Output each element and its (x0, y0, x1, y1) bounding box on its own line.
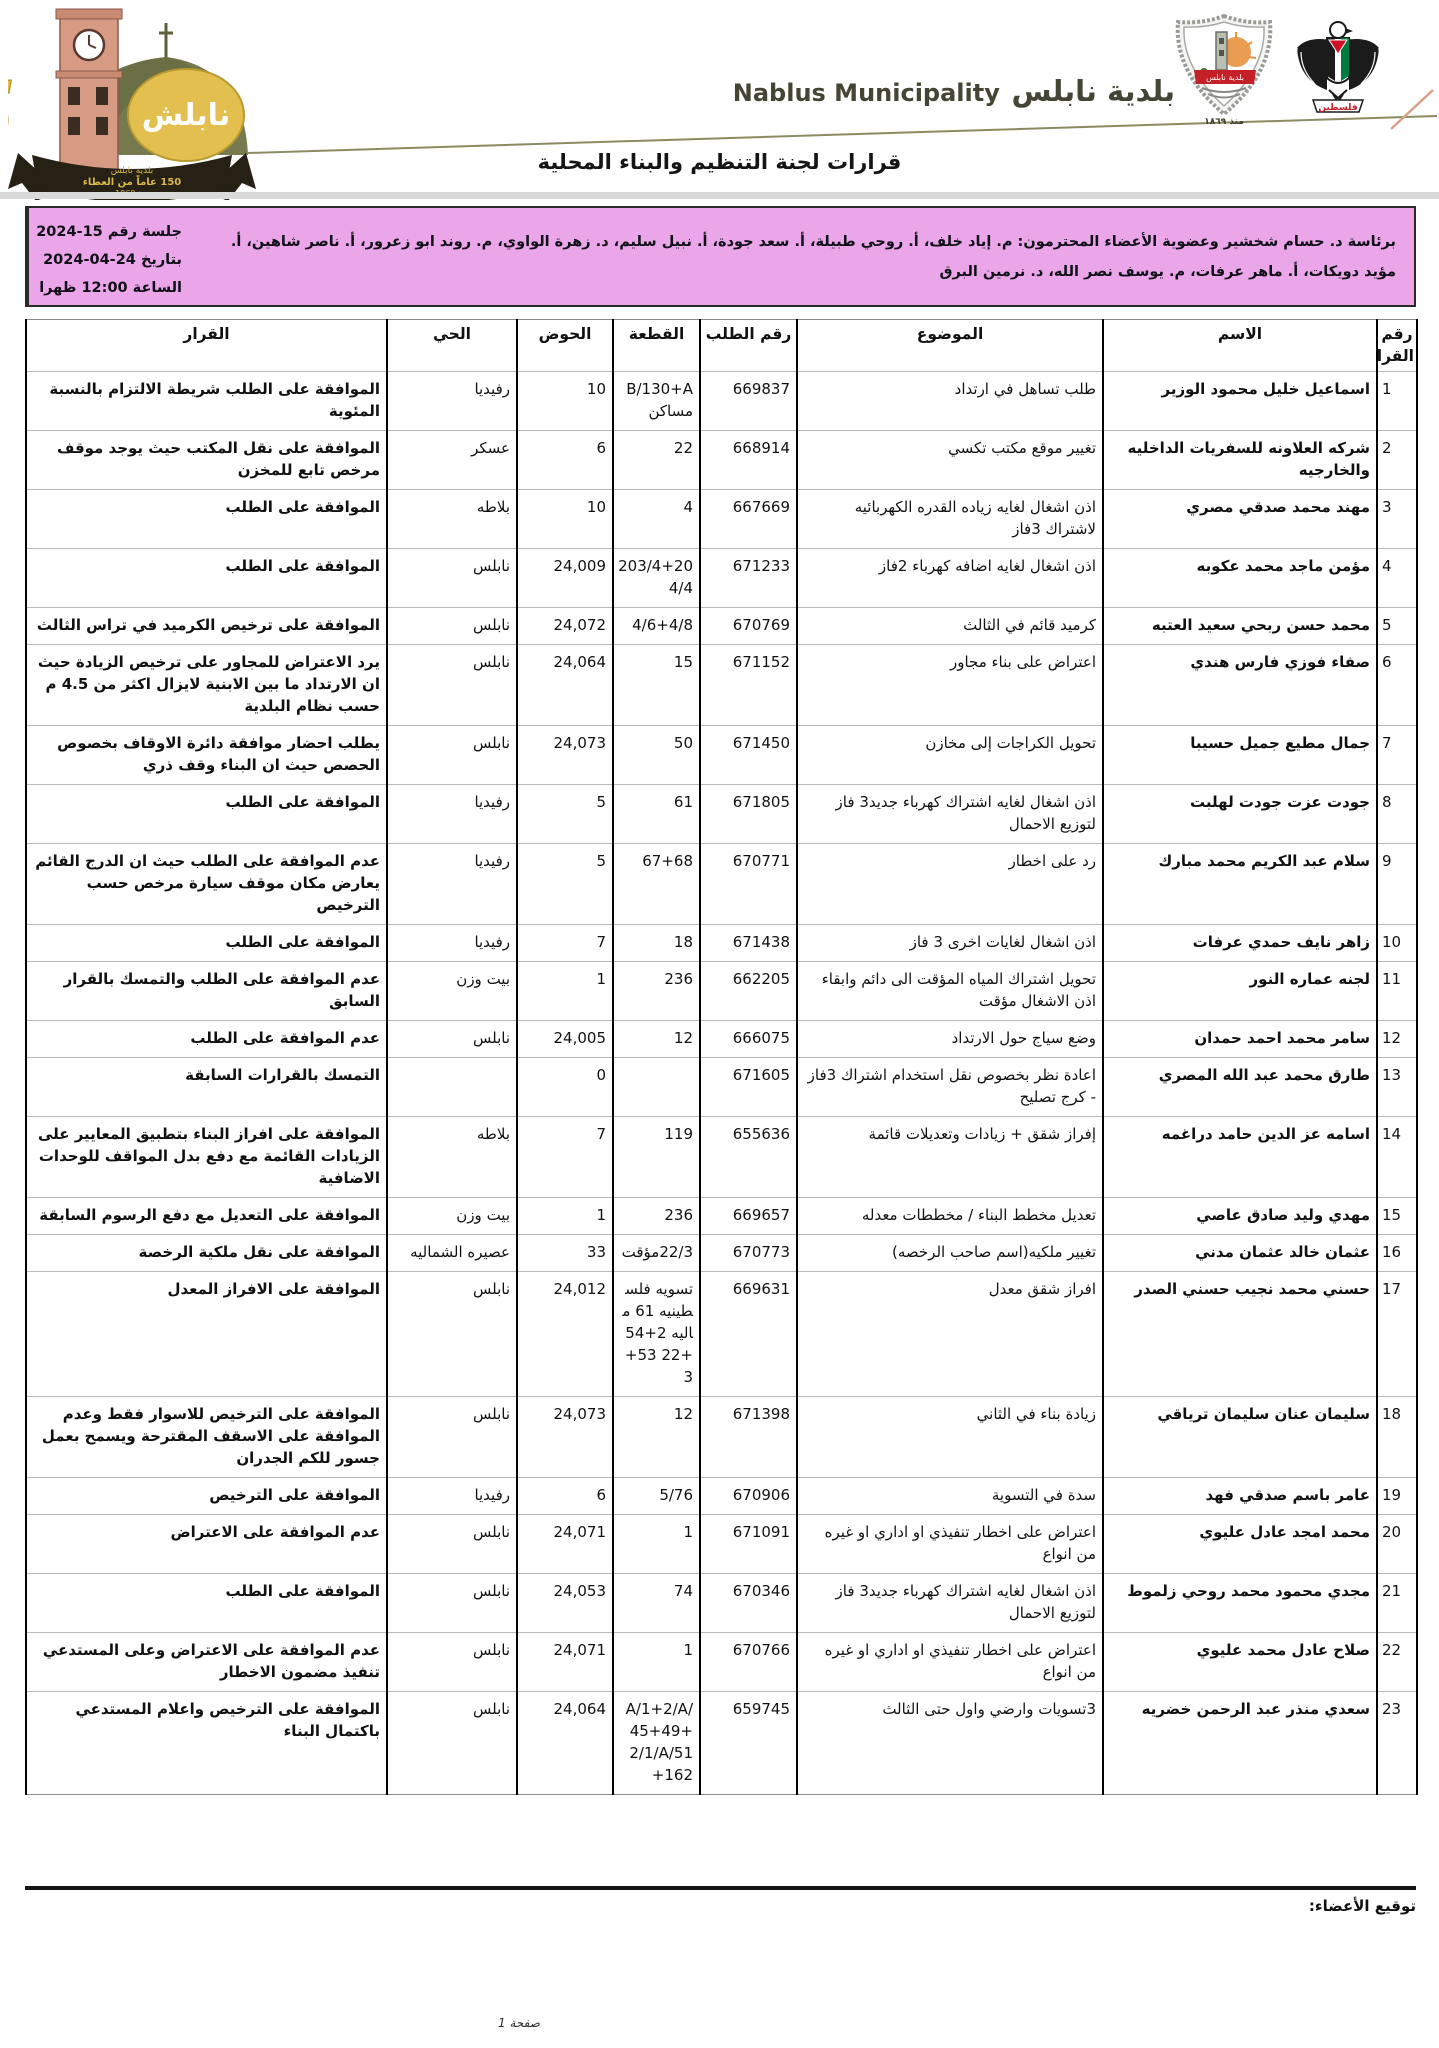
cell-basin: 33 (517, 1235, 613, 1272)
cell-basin: 7 (517, 1117, 613, 1198)
cell-request_no: 671398 (700, 1397, 797, 1478)
cell-basin: 24,072 (517, 608, 613, 645)
cell-subject: وضع سياج حول الارتداد (797, 1021, 1103, 1058)
table-row: 8جودت عزت جودت لهلبتاذن اشغال لغايه اشتر… (26, 785, 1417, 844)
cell-name: صفاء فوزي فارس هندي (1103, 645, 1377, 726)
cell-basin: 5 (517, 844, 613, 925)
cell-request_no: 670906 (700, 1478, 797, 1515)
cell-district: رفيديا (387, 785, 517, 844)
cell-name: مهند محمد صدقي مصري (1103, 490, 1377, 549)
cell-district: نابلس (387, 1397, 517, 1478)
table-row: 22صلاح عادل محمد عليوياعتراض على اخطار ت… (26, 1633, 1417, 1692)
cell-district: بيت وزن (387, 962, 517, 1021)
cell-name: اسامه عز الدين حامد دراغمه (1103, 1117, 1377, 1198)
cell-decision: عدم الموافقة على الطلب والتمسك بالقرار ا… (26, 962, 387, 1021)
cell-request_no: 670766 (700, 1633, 797, 1692)
cell-no: 18 (1377, 1397, 1417, 1478)
cell-plot: 5/76 (613, 1478, 700, 1515)
cell-district: رفيديا (387, 925, 517, 962)
cell-subject: اذن اشغال لغايه اشتراك كهرباء جديد3 فاز … (797, 1574, 1103, 1633)
cell-district: نابلس (387, 1633, 517, 1692)
document-page: 15 نابلش بلدية نابلس 150 عاماً من العطاء… (0, 0, 1439, 2048)
cell-no: 21 (1377, 1574, 1417, 1633)
table-row: 5محمد حسن ربحي سعيد العتبهكرميد قائم في … (26, 608, 1417, 645)
cell-decision: يطلب احضار موافقة دائرة الاوقاف بخصوص ال… (26, 726, 387, 785)
cell-decision: الموافقة على نقل المكتب حيث يوجد موقف مر… (26, 431, 387, 490)
cell-name: صلاح عادل محمد عليوي (1103, 1633, 1377, 1692)
cell-basin: 24,064 (517, 645, 613, 726)
cell-name: عامر باسم صدقي فهد (1103, 1478, 1377, 1515)
col-header-decision-no: رقم القرار (1377, 320, 1417, 372)
cell-subject: اذن اشغال لغايه اشتراك كهرباء جديد3 فاز … (797, 785, 1103, 844)
cell-no: 23 (1377, 1692, 1417, 1795)
cell-no: 7 (1377, 726, 1417, 785)
table-row: 18سليمان عنان سليمان ترياقيزيادة بناء في… (26, 1397, 1417, 1478)
cell-basin: 24,071 (517, 1515, 613, 1574)
page-title: قرارات لجنة التنظيم والبناء المحلية (0, 150, 1439, 174)
cell-name: حسني محمد نجيب حسني الصدر (1103, 1272, 1377, 1397)
cell-no: 14 (1377, 1117, 1417, 1198)
cell-district: عسكر (387, 431, 517, 490)
cell-basin: 24,073 (517, 1397, 613, 1478)
cell-name: سلام عبد الكريم محمد مبارك (1103, 844, 1377, 925)
cell-no: 10 (1377, 925, 1417, 962)
table-row: 23سعدي منذر عبد الرحمن خضريه3تسويات وارض… (26, 1692, 1417, 1795)
cell-request_no: 669631 (700, 1272, 797, 1397)
table-row: 11لجنه عماره النورتحويل اشتراك المياه ال… (26, 962, 1417, 1021)
cell-subject: طلب تساهل في ارتداد (797, 372, 1103, 431)
session-date: بتاريخ 24-04-2024 (33, 246, 182, 274)
cell-request_no: 671605 (700, 1058, 797, 1117)
session-number: جلسة رقم 15-2024 (33, 218, 182, 246)
cell-basin: 6 (517, 431, 613, 490)
cell-subject: اعادة نظر بخصوص نقل استخدام اشتراك 3فاز … (797, 1058, 1103, 1117)
table-row: 15مهدي وليد صادق عاصيتعديل مخطط البناء /… (26, 1198, 1417, 1235)
cell-district: نابلس (387, 1574, 517, 1633)
cell-request_no: 669657 (700, 1198, 797, 1235)
cell-plot: 61 (613, 785, 700, 844)
table-row: 1اسماعيل خليل محمود الوزيرطلب تساهل في ا… (26, 372, 1417, 431)
table-row: 2شركه العلاونه للسفريات الداخليه والخارج… (26, 431, 1417, 490)
cell-decision: يرد الاعتراض للمجاور على ترخيص الزيادة ح… (26, 645, 387, 726)
col-header-request-no: رقم الطلب (700, 320, 797, 372)
table-row: 19عامر باسم صدقي فهدسدة في التسوية670906… (26, 1478, 1417, 1515)
cell-request_no: 671233 (700, 549, 797, 608)
cell-decision: الموافقة على الطلب (26, 490, 387, 549)
cell-district: نابلس (387, 726, 517, 785)
cell-decision: الموافقة على الطلب (26, 785, 387, 844)
cell-district: رفيديا (387, 372, 517, 431)
cell-basin: 6 (517, 1478, 613, 1515)
cell-no: 12 (1377, 1021, 1417, 1058)
cell-subject: افراز شقق معدل (797, 1272, 1103, 1397)
cell-subject: تحويل اشتراك المياه المؤقت الى دائم وابق… (797, 962, 1103, 1021)
cell-no: 1 (1377, 372, 1417, 431)
table-row: 3مهند محمد صدقي مصرياذن اشغال لغايه زياد… (26, 490, 1417, 549)
cell-request_no: 655636 (700, 1117, 797, 1198)
cell-request_no: 671450 (700, 726, 797, 785)
cell-plot: 1 (613, 1515, 700, 1574)
municipality-brand: بلدية نابلس Nablus Municipality (733, 74, 1175, 108)
cell-basin: 24,053 (517, 1574, 613, 1633)
cell-subject: سدة في التسوية (797, 1478, 1103, 1515)
col-header-decision: القرار (26, 320, 387, 372)
cell-plot: 1 (613, 1633, 700, 1692)
cell-basin: 10 (517, 372, 613, 431)
table-row: 6صفاء فوزي فارس هندياعتراض على بناء مجاو… (26, 645, 1417, 726)
cell-name: جمال مطيع جميل حسيبا (1103, 726, 1377, 785)
cell-no: 8 (1377, 785, 1417, 844)
cell-decision: الموافقة على افراز البناء بتطبيق المعايي… (26, 1117, 387, 1198)
logo-city-name: نابلش (142, 98, 230, 133)
cell-no: 20 (1377, 1515, 1417, 1574)
cell-basin: 1 (517, 1198, 613, 1235)
cell-plot: A/1+2/A/45+49+2/1/A/51+162 (613, 1692, 700, 1795)
cell-no: 9 (1377, 844, 1417, 925)
cell-subject: اذن اشغال لغايات اخرى 3 فاز (797, 925, 1103, 962)
cell-request_no: 671091 (700, 1515, 797, 1574)
session-time: الساعة 12:00 ظهرا (33, 274, 182, 302)
cell-decision: الموافقة على الترخيص واعلام المستدعي باك… (26, 1692, 387, 1795)
table-header-row: رقم القرار الاسم الموضوع رقم الطلب القطع… (26, 320, 1417, 372)
table-row: 10زاهر نايف حمدي عرفاتاذن اشغال لغايات ا… (26, 925, 1417, 962)
palestine-eagle-icon: فلسطين (1287, 18, 1389, 114)
page-number: صفحة 1 (498, 2016, 540, 2030)
decisions-body: 1اسماعيل خليل محمود الوزيرطلب تساهل في ا… (26, 372, 1417, 1795)
cell-name: طارق محمد عبد الله المصري (1103, 1058, 1377, 1117)
session-info-box: برئاسة د. حسام شخشير وعضوية الأعضاء المح… (25, 206, 1416, 307)
cell-subject: تغيير ملكيه(اسم صاحب الرخصه) (797, 1235, 1103, 1272)
cell-request_no: 666075 (700, 1021, 797, 1058)
cell-name: سليمان عنان سليمان ترياقي (1103, 1397, 1377, 1478)
cell-name: جودت عزت جودت لهلبت (1103, 785, 1377, 844)
cell-plot: 236 (613, 962, 700, 1021)
cell-decision: الموافقة على الترخيص للاسوار فقط وعدم ال… (26, 1397, 387, 1478)
session-chair-text: برئاسة د. حسام شخشير وعضوية الأعضاء المح… (190, 208, 1414, 305)
cell-district: عصيره الشماليه (387, 1235, 517, 1272)
cell-subject: اعتراض على اخطار تنفيذي او اداري او غيره… (797, 1515, 1103, 1574)
cell-name: لجنه عماره النور (1103, 962, 1377, 1021)
cell-basin: 1 (517, 962, 613, 1021)
table-row: 13طارق محمد عبد الله المصرياعادة نظر بخص… (26, 1058, 1417, 1117)
cell-no: 15 (1377, 1198, 1417, 1235)
table-row: 20محمد امجد عادل عليوياعتراض على اخطار ت… (26, 1515, 1417, 1574)
session-meta: جلسة رقم 15-2024 بتاريخ 24-04-2024 الساع… (27, 208, 190, 305)
table-row: 16عثمان خالد عثمان مدنيتغيير ملكيه(اسم ص… (26, 1235, 1417, 1272)
svg-text:بلدية نابلس: بلدية نابلس (1206, 73, 1244, 82)
cell-decision: الموافقة على الطلب شريطة الالتزام بالنسب… (26, 372, 387, 431)
cell-basin: 0 (517, 1058, 613, 1117)
cell-decision: عدم الموافقة على الطلب (26, 1021, 387, 1058)
cell-no: 3 (1377, 490, 1417, 549)
cell-district: بلاطه (387, 1117, 517, 1198)
cell-basin: 24,064 (517, 1692, 613, 1795)
nablus-crest-icon: بلدية نابلس (1168, 14, 1280, 116)
table-row: 4مؤمن ماجد محمد عكوبهاذن اشغال لغايه اضا… (26, 549, 1417, 608)
cell-request_no: 671805 (700, 785, 797, 844)
decisions-table: رقم القرار الاسم الموضوع رقم الطلب القطع… (25, 319, 1418, 1795)
cell-decision: الموافقة على نقل ملكية الرخصة (26, 1235, 387, 1272)
table-row: 14اسامه عز الدين حامد دراغمهإفراز شقق + … (26, 1117, 1417, 1198)
cell-district (387, 1058, 517, 1117)
cell-plot: 4/6+4/8 (613, 608, 700, 645)
cell-district: نابلس (387, 645, 517, 726)
divider-band (0, 192, 1439, 199)
cell-request_no: 671152 (700, 645, 797, 726)
cell-subject: اذن اشغال لغايه اضافه كهرباء 2فاز (797, 549, 1103, 608)
cell-plot: 22 (613, 431, 700, 490)
cell-name: شركه العلاونه للسفريات الداخليه والخارجي… (1103, 431, 1377, 490)
cell-request_no: 671438 (700, 925, 797, 962)
cell-no: 11 (1377, 962, 1417, 1021)
cell-decision: التمسك بالقرارات السابقة (26, 1058, 387, 1117)
cell-plot: 18 (613, 925, 700, 962)
col-header-subject: الموضوع (797, 320, 1103, 372)
cell-district: نابلس (387, 1515, 517, 1574)
cell-basin: 24,071 (517, 1633, 613, 1692)
cell-decision: الموافقة على الطلب (26, 1574, 387, 1633)
cell-subject: اعتراض على بناء مجاور (797, 645, 1103, 726)
cell-name: محمد امجد عادل عليوي (1103, 1515, 1377, 1574)
cell-subject: اذن اشغال لغايه زياده القدره الكهربائيه … (797, 490, 1103, 549)
cell-decision: عدم الموافقة على الطلب حيث ان الدرج القا… (26, 844, 387, 925)
cell-no: 22 (1377, 1633, 1417, 1692)
cell-name: اسماعيل خليل محمود الوزير (1103, 372, 1377, 431)
cell-name: زاهر نايف حمدي عرفات (1103, 925, 1377, 962)
cell-name: سامر محمد احمد حمدان (1103, 1021, 1377, 1058)
cell-plot: 4 (613, 490, 700, 549)
cell-basin: 5 (517, 785, 613, 844)
cell-request_no: 670769 (700, 608, 797, 645)
cell-request_no: 669837 (700, 372, 797, 431)
table-row: 9سلام عبد الكريم محمد مباركرد على اخطار6… (26, 844, 1417, 925)
municipality-name-arabic: بلدية نابلس (1011, 74, 1175, 108)
cell-district: نابلس (387, 549, 517, 608)
cell-plot: 15 (613, 645, 700, 726)
cell-no: 17 (1377, 1272, 1417, 1397)
cell-plot: 203/4+204/4 (613, 549, 700, 608)
cell-plot: 12 (613, 1397, 700, 1478)
cell-plot: تسويه فلسطينيه 61 ماليه 2+54+22 53+3 (613, 1272, 700, 1397)
cell-decision: عدم الموافقة على الاعتراض وعلى المستدعي … (26, 1633, 387, 1692)
cell-plot: B/130+A مساكن (613, 372, 700, 431)
cell-decision: الموافقة على الترخيص (26, 1478, 387, 1515)
cell-decision: الموافقة على التعديل مع دفع الرسوم الساب… (26, 1198, 387, 1235)
cell-no: 4 (1377, 549, 1417, 608)
cell-request_no: 662205 (700, 962, 797, 1021)
cell-district: نابلس (387, 608, 517, 645)
table-row: 12سامر محمد احمد حمدانوضع سياج حول الارت… (26, 1021, 1417, 1058)
cell-no: 2 (1377, 431, 1417, 490)
cell-request_no: 670346 (700, 1574, 797, 1633)
cell-basin: 24,073 (517, 726, 613, 785)
cell-district: نابلس (387, 1692, 517, 1795)
table-row: 17حسني محمد نجيب حسني الصدرافراز شقق معد… (26, 1272, 1417, 1397)
cell-district: نابلس (387, 1021, 517, 1058)
cell-request_no: 668914 (700, 431, 797, 490)
cell-basin: 10 (517, 490, 613, 549)
cell-decision: الموافقة على الطلب (26, 925, 387, 962)
cell-plot: 119 (613, 1117, 700, 1198)
crest-caption: منذ ١٨٦٩ (1168, 117, 1280, 127)
cell-name: سعدي منذر عبد الرحمن خضريه (1103, 1692, 1377, 1795)
cell-plot: 236 (613, 1198, 700, 1235)
cell-request_no: 667669 (700, 490, 797, 549)
cell-subject: كرميد قائم في الثالث (797, 608, 1103, 645)
col-header-name: الاسم (1103, 320, 1377, 372)
cell-decision: الموافقة على الطلب (26, 549, 387, 608)
cell-name: مؤمن ماجد محمد عكوبه (1103, 549, 1377, 608)
cell-plot: 12 (613, 1021, 700, 1058)
cell-decision: عدم الموافقة على الاعتراض (26, 1515, 387, 1574)
cell-subject: تغيير موقع مكتب تكسي (797, 431, 1103, 490)
cell-decision: الموافقة على ترخيص الكرميد في تراس الثال… (26, 608, 387, 645)
cell-no: 16 (1377, 1235, 1417, 1272)
cell-plot: 74 (613, 1574, 700, 1633)
table-row: 21مجدي محمود محمد روحي زلموطاذن اشغال لغ… (26, 1574, 1417, 1633)
cell-basin: 24,005 (517, 1021, 613, 1058)
cell-request_no: 659745 (700, 1692, 797, 1795)
cell-district: رفيديا (387, 844, 517, 925)
cell-request_no: 670771 (700, 844, 797, 925)
cell-district: نابلس (387, 1272, 517, 1397)
members-signature-label: توقيع الأعضاء: (25, 1897, 1416, 1915)
cell-subject: 3تسويات وارضي واول حتى الثالث (797, 1692, 1103, 1795)
eagle-caption: فلسطين (1318, 103, 1357, 113)
cell-basin: 24,012 (517, 1272, 613, 1397)
cell-name: عثمان خالد عثمان مدني (1103, 1235, 1377, 1272)
cell-subject: تعديل مخطط البناء / مخططات معدله (797, 1198, 1103, 1235)
cell-plot: 50 (613, 726, 700, 785)
cell-decision: الموافقة على الافراز المعدل (26, 1272, 387, 1397)
cell-request_no: 670773 (700, 1235, 797, 1272)
cell-plot: 67+68 (613, 844, 700, 925)
cell-no: 5 (1377, 608, 1417, 645)
cell-basin: 7 (517, 925, 613, 962)
col-header-district: الحي (387, 320, 517, 372)
table-row: 7جمال مطيع جميل حسيباتحويل الكراجات إلى … (26, 726, 1417, 785)
col-header-basin: الحوض (517, 320, 613, 372)
cell-no: 19 (1377, 1478, 1417, 1515)
cell-plot: 22/3مؤقت (613, 1235, 700, 1272)
cell-name: محمد حسن ربحي سعيد العتبه (1103, 608, 1377, 645)
cell-subject: زيادة بناء في الثاني (797, 1397, 1103, 1478)
cell-district: بيت وزن (387, 1198, 517, 1235)
end-rule (25, 1886, 1416, 1890)
cell-subject: رد على اخطار (797, 844, 1103, 925)
cell-subject: اعتراض على اخطار تنفيذي او اداري او غيره… (797, 1633, 1103, 1692)
cell-no: 6 (1377, 645, 1417, 726)
cell-name: مهدي وليد صادق عاصي (1103, 1198, 1377, 1235)
cell-no: 13 (1377, 1058, 1417, 1117)
cell-district: رفيديا (387, 1478, 517, 1515)
municipality-name-english: Nablus Municipality (733, 79, 1000, 107)
cell-district: بلاطه (387, 490, 517, 549)
cell-plot (613, 1058, 700, 1117)
cell-basin: 24,009 (517, 549, 613, 608)
cell-subject: تحويل الكراجات إلى مخازن (797, 726, 1103, 785)
cell-subject: إفراز شقق + زيادات وتعديلات قائمة (797, 1117, 1103, 1198)
cell-name: مجدي محمود محمد روحي زلموط (1103, 1574, 1377, 1633)
col-header-plot: القطعة (613, 320, 700, 372)
